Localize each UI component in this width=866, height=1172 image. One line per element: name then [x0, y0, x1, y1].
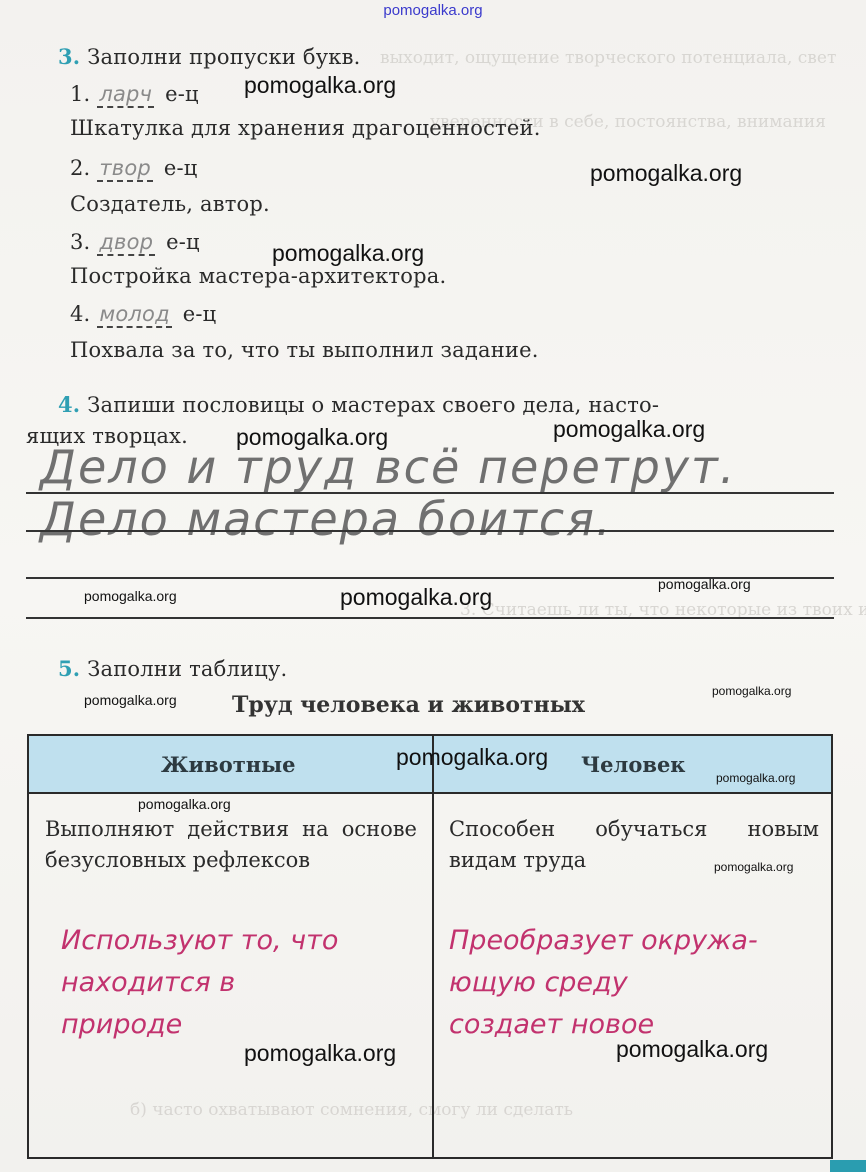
handwritten-proverb-1: Дело и труд всё перетрут.: [40, 440, 736, 494]
watermark: pomogalka.org: [340, 584, 492, 611]
handwritten-proverb-2: Дело мастера боится.: [40, 492, 612, 546]
task3-item-3: 3. двор е-ц: [70, 230, 200, 256]
table-title: Труд человека и животных: [232, 692, 585, 718]
page-corner-tab: [830, 1160, 866, 1172]
task-number: 3.: [58, 44, 80, 69]
task-number: 4.: [58, 392, 80, 417]
task-title: Заполни пропуски букв.: [87, 45, 360, 69]
task3-definition-1: Шкатулка для хранения драгоценностей.: [70, 116, 541, 140]
watermark: pomogalka.org: [272, 240, 424, 267]
watermark: pomogalka.org: [590, 160, 742, 187]
bleed-through-text: выходит, ощущение творческого потенциала…: [380, 48, 836, 68]
writing-line: [26, 617, 834, 619]
watermark: pomogalka.org: [716, 771, 795, 785]
column-header-animals: Животные: [161, 752, 296, 777]
task3-item-4: 4. молод е-ц: [70, 302, 216, 328]
watermark: pomogalka.org: [616, 1036, 768, 1063]
task-number: 5.: [58, 656, 80, 681]
task3-definition-2: Создатель, автор.: [70, 192, 270, 216]
task4-heading: 4. Запиши пословицы о мастерах своего де…: [58, 392, 659, 417]
watermark: pomogalka.org: [396, 744, 548, 771]
answer-blank[interactable]: двор: [97, 230, 155, 256]
watermark: pomogalka.org: [84, 692, 177, 708]
task3-definition-4: Похвала за то, что ты выполнил задание.: [70, 338, 539, 362]
answer-blank[interactable]: твор: [97, 156, 153, 182]
task3-heading: 3. Заполни пропуски букв.: [58, 44, 361, 69]
writing-line: [26, 530, 834, 532]
task3-item-2: 2. твор е-ц: [70, 156, 197, 182]
watermark: pomogalka.org: [244, 1040, 396, 1067]
cell-animals-handwritten[interactable]: Используют то, что находится в природе: [61, 920, 338, 1046]
cell-human-handwritten[interactable]: Преобразует окружа- ющую среду создает н…: [449, 920, 758, 1046]
cell-animals-printed: Выполняют действия на основе безусловных…: [45, 814, 417, 876]
watermark: pomogalka.org: [236, 424, 388, 451]
watermark: pomogalka.org: [658, 576, 751, 592]
task3-item-1: 1. ларч е-ц: [70, 82, 199, 108]
workbook-page: pomogalka.org выходит, ощущение творческ…: [0, 0, 866, 1172]
watermark: pomogalka.org: [712, 684, 791, 698]
watermark: pomogalka.org: [138, 796, 231, 812]
answer-blank[interactable]: ларч: [97, 82, 154, 108]
watermark: pomogalka.org: [244, 72, 396, 99]
column-header-human: Человек: [581, 752, 685, 777]
site-header[interactable]: pomogalka.org: [0, 2, 866, 19]
watermark: pomogalka.org: [84, 588, 177, 604]
answer-blank[interactable]: молод: [97, 302, 171, 328]
task5-heading: 5. Заполни таблицу.: [58, 656, 287, 681]
column-divider: [432, 736, 434, 1157]
watermark: pomogalka.org: [714, 860, 793, 874]
task3-definition-3: Постройка мастера-архитектора.: [70, 264, 446, 288]
watermark: pomogalka.org: [553, 416, 705, 443]
